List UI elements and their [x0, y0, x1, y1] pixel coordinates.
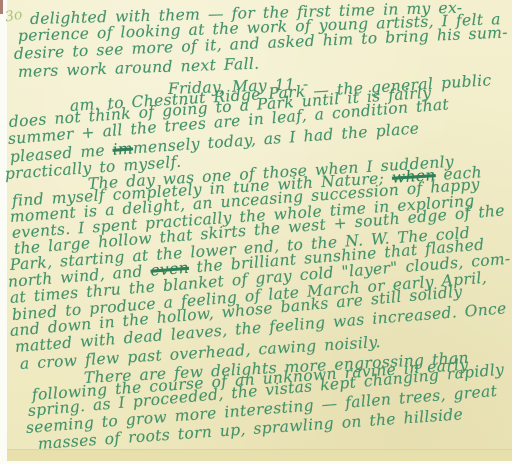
scanned-journal-page: 3o delighted with them — for the first t… — [0, 0, 512, 464]
manuscript-text: delighted with them — for the first time… — [0, 0, 512, 464]
